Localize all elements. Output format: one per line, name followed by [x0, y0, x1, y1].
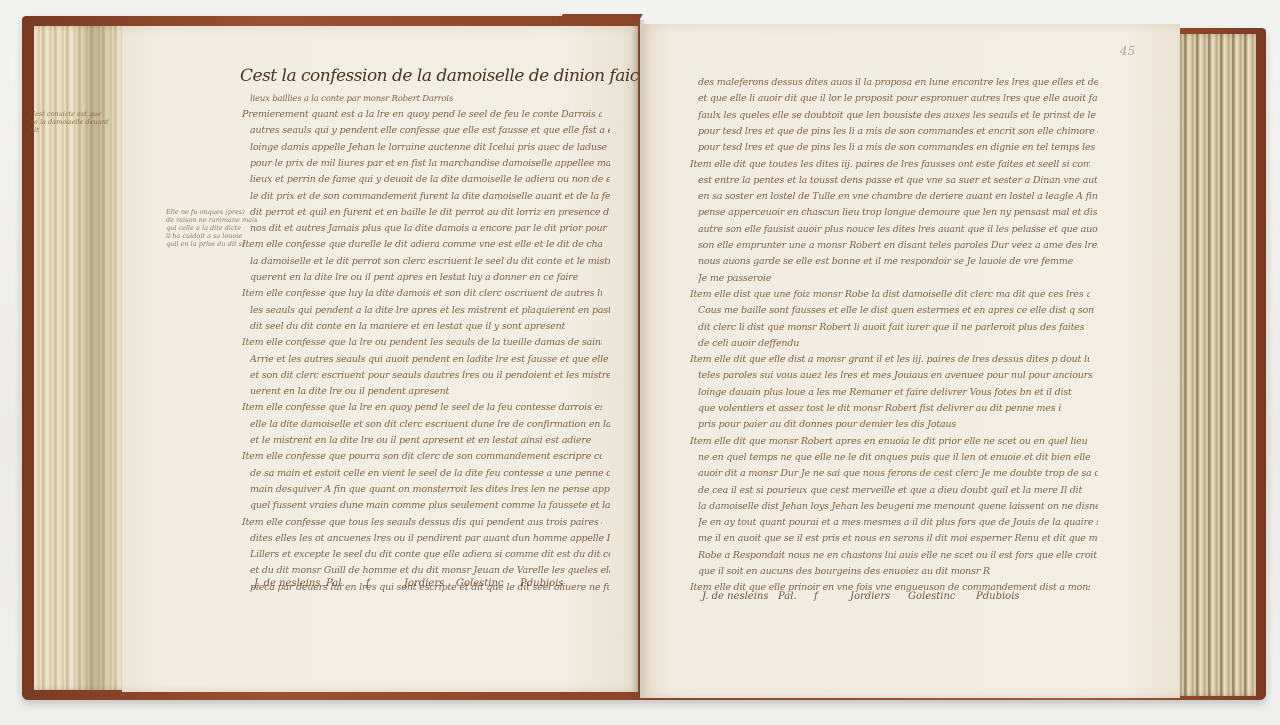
text-line: et le mistrent en la dite lre ou il pent…	[250, 434, 610, 447]
text-line: le dit prix et de son commandement furen…	[250, 190, 610, 203]
text-line: loinge dauain plus loue a les me Remaner…	[698, 386, 1098, 399]
text-line: Item elle confesse que tous les seauls d…	[242, 516, 602, 529]
signature: Jordiers	[404, 578, 444, 589]
text-line: des maleferons dessus dites auos il la p…	[698, 76, 1098, 89]
text-line: pour le prix de mil liures par et en fis…	[250, 157, 610, 170]
text-line: de sa main et estoit celle en vient le s…	[250, 467, 610, 480]
text-line: Je me passeroie	[698, 272, 1098, 285]
text-line: les seauls qui pendent a la dite lre apr…	[250, 304, 610, 317]
right-page-stack	[1176, 34, 1256, 696]
text-line: pour tesd lres et que de pins les li a m…	[698, 141, 1098, 154]
signature: Jordiers	[850, 591, 890, 602]
margin-note-top: Cest conuicte est que de la damoiselle d…	[30, 110, 108, 134]
text-line: Premierement quant est a la lre en quoy …	[242, 108, 602, 121]
text-line: pense apperceuoir en chascun lieu trop l…	[698, 206, 1098, 219]
signature: Pdubiois	[976, 591, 1020, 602]
right-page: 45 des maleferons dessus dites auos il l…	[640, 24, 1180, 698]
text-line: que il soit en aucuns des bourgeins des …	[698, 565, 1098, 578]
text-line: main desquiver A fin que quant on monste…	[250, 483, 610, 496]
text-line: dit seel du dit conte en la maniere et e…	[250, 320, 610, 333]
text-line: Item elle confesse que la lre ou pendent…	[242, 336, 602, 349]
text-line: teles paroles sui vous auez les lres et …	[698, 369, 1098, 382]
text-line: Item elle confesse que durelle le dit ad…	[242, 238, 602, 251]
text-line: dit perrot et quil en furent et en baill…	[250, 206, 610, 219]
text-line: Item elle dist que une foiz monsr Robe l…	[690, 288, 1090, 301]
signature: f	[814, 591, 818, 602]
text-line: dites elles les ot ancuenes lres ou il p…	[250, 532, 610, 545]
text-line: autre son elle fausist auoir plus nouce …	[698, 223, 1098, 236]
text-line: uerent en la dite lre ou il pendent apre…	[250, 385, 610, 398]
text-line: dit clerc li dist que monsr Robert li au…	[698, 321, 1098, 334]
signature: J. de nesleins	[702, 591, 768, 602]
text-line: que volentiers et assez tost le dit mons…	[698, 402, 1098, 415]
text-line: Cous me baille sont fausses et elle le d…	[698, 304, 1098, 317]
text-line: elle la dite damoiselle et son dit clerc…	[250, 418, 610, 431]
text-line: Arrie et les autres seauls qui auoit pen…	[250, 353, 610, 366]
text-line: de celi auoir deffendu	[698, 337, 1098, 350]
heading-line-2: lieux baillies a la conte par monsr Robe…	[250, 93, 610, 106]
text-line: nos dit et autres Jamais plus que la dit…	[250, 222, 610, 235]
signature: Pal.	[326, 578, 345, 589]
text-line: Item elle dit que elle dist a monsr gran…	[690, 353, 1090, 366]
text-line: de cea il est si pourieux que cest merve…	[698, 484, 1098, 497]
text-line: Item elle confesse que luy la dite damoi…	[242, 287, 602, 300]
text-line: son elle emprunter une a monsr Robert en…	[698, 239, 1098, 252]
text-line: pour tesd lres et que de pins les li a m…	[698, 125, 1098, 138]
text-line: querent en la dite lre ou il pent apres …	[250, 271, 610, 284]
text-line: est entre la pentes et la tousst dens pa…	[698, 174, 1098, 187]
text-line: et que elle li auoir dit que il lor le p…	[698, 92, 1098, 105]
text-line: autres seauls qui y pendent elle confess…	[250, 124, 610, 137]
signature: Pdubiois	[520, 578, 564, 589]
text-line: quel fussent vraies dune main comme plus…	[250, 499, 610, 512]
text-line: ne en quel temps ne que elle ne le dit o…	[698, 451, 1098, 464]
signature: Golestinc	[456, 578, 504, 589]
text-line: la damoiselle dist Jehan loys Jehan les …	[698, 500, 1098, 513]
text-line: Je en ay tout quant pourai et a mes mesm…	[698, 516, 1098, 529]
text-line: Item elle confesse que la lre en quoy pe…	[242, 401, 602, 414]
text-line: Robe a Respondait nous ne en chastons lu…	[698, 549, 1098, 562]
signature: J. de nesleins	[254, 578, 320, 589]
folio-number: 45	[1120, 44, 1135, 58]
signature: Golestinc	[908, 591, 956, 602]
left-page: Cest la confession de la damoiselle de d…	[122, 26, 638, 692]
text-line: et son dit clerc escriuent pour seauls d…	[250, 369, 610, 382]
signature: f	[366, 578, 370, 589]
text-line: lieux et perrin de fame qui y deuoit de …	[250, 173, 610, 186]
signature: Pal.	[778, 591, 797, 602]
cover-corner	[557, 14, 643, 24]
text-line: nous auons garde se elle est bonne et il…	[698, 255, 1098, 268]
text-line: Item elle dit que monsr Robert apres en …	[690, 435, 1090, 448]
text-line: en sa soster en lostel de Tulle en vne c…	[698, 190, 1098, 203]
text-line: pris pour paier au dit donnes pour demie…	[698, 418, 1098, 431]
text-line: et du dit monsr Guill de homme et du dit…	[250, 564, 610, 577]
text-line: faulx les queles elle se doubtoit que le…	[698, 109, 1098, 122]
text-line: Item elle dit que toutes les dites iij. …	[690, 158, 1090, 171]
text-line: me il en auoit que se il est pris et nou…	[698, 532, 1098, 545]
text-line: auoir dit a monsr Dur Je ne sai que nous…	[698, 467, 1098, 480]
text-line: Lillers et excepte le seel du dit conte …	[250, 548, 610, 561]
text-line: loinge damis appelle Jehan le lorraine a…	[250, 141, 610, 154]
text-line: Item elle confesse que pourra son dit cl…	[242, 450, 602, 463]
text-line: la damoiselle et le dit perrot son clerc…	[250, 255, 610, 268]
